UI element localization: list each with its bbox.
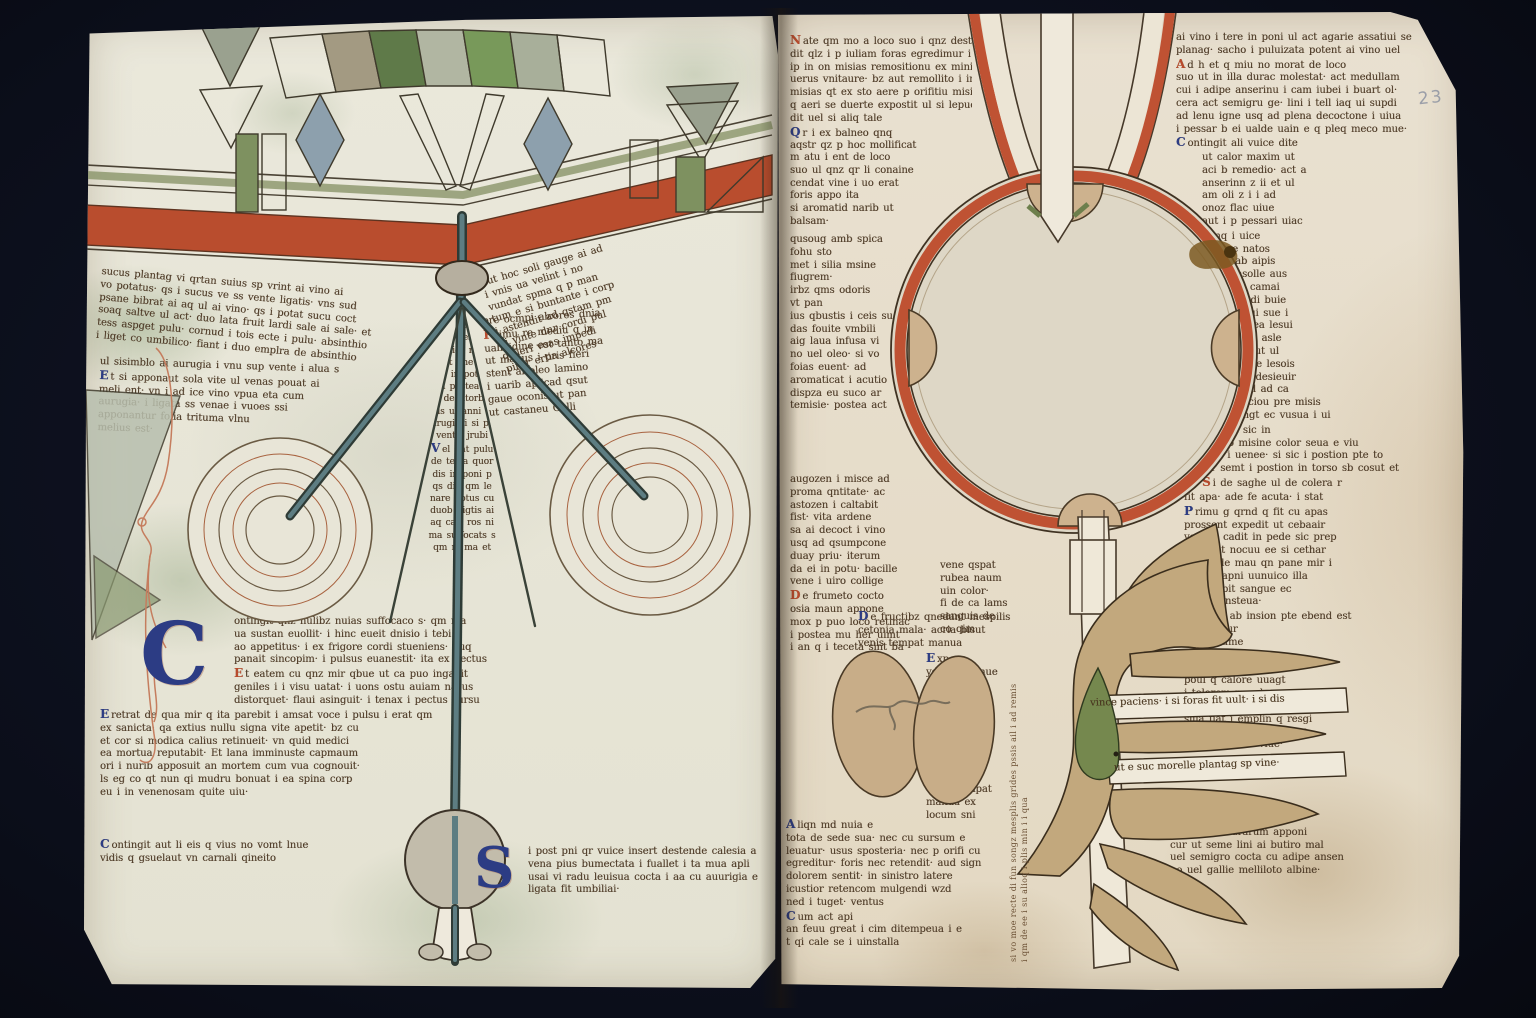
inline-initial: A [1176,58,1185,71]
latin-text-line: dis in poni p [384,469,540,481]
latin-text-line: balsam· [790,216,942,229]
latin-text-line: si vo moe recte di fun songz mesplis gri… [1008,550,1019,962]
latin-text-block: qusoug amb spicafohu stomet i silia msin… [790,234,896,413]
latin-text-line: et cor si modica calius retinueit· vn qu… [100,736,768,749]
latin-text-line: z j du qr [926,733,1012,746]
latin-text-line: Et eatem cu qnz mir qbue ut ca puo ingau… [234,667,768,682]
latin-text-line: foris appo ita [790,190,942,203]
latin-text-line: si aromatid narib ut [790,203,942,216]
latin-text-line: muice· apni uunuico illa [1184,571,1428,584]
latin-text-line: orifico misine color seua e viu [1202,438,1430,451]
latin-text-line: cui asfit nocuu ee si cethar [1184,545,1428,558]
inline-initial: S [1202,476,1211,489]
latin-text-line: fiugrem· [790,272,896,285]
latin-text-line: manua ex [926,797,1012,810]
latin-text-line: sange de mau qn pane mir i [1184,558,1428,571]
latin-text-line: da ei in potu· bacille [790,564,946,577]
latin-text-line: ai vino i tere in poni ul act agarie ass… [1176,32,1428,45]
latin-text-line: m die· pa act aa in [1184,662,1428,675]
latin-text-line: suo ul qnz qr li conaine [790,165,942,178]
latin-text-line: duob digtis ai [384,505,540,517]
inline-initial: S [1202,423,1211,436]
inline-initial: D [790,589,800,602]
latin-text-line: fist· vita ardene [790,512,946,525]
latin-text-line: gius i ab aipis [1202,256,1430,269]
latin-text-block: Nate qm mo a loco suo i qnz destedit qlz… [790,34,972,153]
latin-text-line: insigne natos [1202,244,1430,257]
latin-text-line: Ne cornu [926,692,1012,707]
latin-text-line: psilui plantag· tanor [1170,812,1426,825]
inline-initial: D [858,610,868,623]
latin-text-line: ao appetitus· i ex frigore cordi stuenie… [234,642,768,655]
green-teardrop [1075,668,1118,780]
latin-text-block: ai vino i tere in poni ul act agarie ass… [1176,32,1428,151]
latin-text-line: foias euent· ad [790,362,896,375]
latin-text-line: mir cedat [1184,650,1428,663]
manuscript-page-left: sucus plantag vi qrtan suius sp vrint ai… [84,16,778,988]
latin-text-line: color sengt ec vusua i ui [1202,410,1430,423]
latin-text-line: veius tempat [926,784,1012,797]
ring-bulges [909,184,1239,526]
latin-text-line: irbz qms odoris [790,285,896,298]
latin-text-line: ut calor maxim ut [1202,152,1430,165]
latin-text-line: augozen i misce ad [790,474,946,487]
funnel-tube [1028,12,1088,242]
latin-text-line: i pessar b ei ualde uain e q pleq meco m… [1176,124,1428,137]
latin-text-line: egreditur· foris nec retendit· aud sign [786,858,1018,871]
latin-text-line: Si de saghe ul de colera r [1202,476,1430,491]
latin-text-line: m atu i ent de loco [790,152,942,165]
latin-text-line: dit qlz i p iuliam foras egredimur i hoc… [790,49,972,62]
latin-text-line: sursu ebit sangue ec [1184,584,1428,597]
inline-initial: P [1184,505,1193,518]
latin-text-block: pre ocmpi alcores dniaPrimu re mediu q i… [482,296,779,420]
latin-text-line: vt pan [790,298,896,311]
latin-text-line: cera act semigru ge· lini i tell iaq ui … [1176,98,1428,111]
latin-text-line: ai er wos ut ul [1202,346,1430,359]
latin-text-line: ydrau ad mue [926,667,1012,680]
latin-text-line: planag· sacho i puluizata potent ai vino… [1176,45,1428,58]
latin-text-line: Ad h et q miu no morat de loco [1176,58,1428,73]
latin-text-line: astozen i caltabit [790,500,946,513]
inline-initial: E [99,369,109,382]
inline-initial: E [926,652,935,665]
latin-text-line: usq ad qsumpcone [790,538,946,551]
latin-text-line: qi aia uiue asle [1202,333,1430,346]
latin-text-line: i qm de ee i su alioq i plis min i i qua [1019,550,1030,962]
latin-text-line: de testa quor [384,456,540,468]
latin-text-line: Cum act api [786,910,1018,925]
latin-text-line: Aliqn md nuia e [786,818,1018,833]
latin-text-line: suo ut in illa durac molestat· act medul… [1176,72,1428,85]
latin-text-line: vidis q gsuelaut vn carnali qineito [100,853,402,866]
vertical-margin-note: si vo moe recte di fun songz mesplis gri… [1008,550,1030,962]
latin-text-block: m atu i ent de locosuo ul qnz qr li cona… [790,152,942,229]
manuscript-page-right: Nate qm mo a loco suo i qnz destedit qlz… [778,12,1466,990]
latin-text-line: poui suume [1184,637,1428,650]
latin-text-line: dit uel si aliq tale [790,113,972,126]
latin-text-line: fla ul co ui sue i [1202,308,1430,321]
latin-text-line: comput anu [926,746,1012,759]
latin-text-line: i tet ad po [926,758,1012,771]
inline-initial: E [100,708,109,721]
latin-text-line: i muice qfozet· ut e suc [1184,726,1428,739]
latin-text-line: no uel gallie melliloto albine· [1170,865,1426,878]
latin-text-block: fit apa· ade fe acuta· i statPrimu g qrn… [1184,492,1428,752]
latin-text-line: ictu ul i ale lesois [1202,359,1430,372]
inline-initial: V [431,442,440,455]
inline-initial: N [790,34,801,47]
latin-text-line: fohu sto [790,247,896,260]
latin-text-line: proma qntitate· ac [790,487,946,500]
latin-text-line: prossent expedit ut cebaair [1184,520,1428,533]
latin-text-line: uel semigro cocta cu adipe ansen [1170,852,1426,865]
latin-text-line: fit apa· ade fe acuta· i stat [1184,492,1428,505]
latin-text-line: sangs mur [1184,624,1428,637]
latin-text-line: Qr i ex balneo qnq [790,126,972,141]
latin-text-line: vena q cadit in pede sic prep [1184,532,1428,545]
latin-text-block: i post pni qr vuice insert destende cale… [528,846,768,897]
inline-initial: C [786,910,795,923]
latin-text-line: bi ab frigdi buie [1202,295,1430,308]
latin-text-line: geniles i i visu uatat· i uons ostu auia… [234,682,768,695]
latin-text-line: distorquet· flaui asinguit· i tenax i pe… [234,695,768,708]
latin-text-line: met i silia msine [790,260,896,273]
latin-text-line: aut i p pessari uiac [1202,216,1430,229]
latin-text-line: onoz flac uiue [1202,203,1430,216]
latin-text-line: ned i tuget· ventus [786,897,1018,910]
latin-text-line: De frumeto cocto [790,589,946,604]
latin-text-line: i q ex pis desieuir [1202,372,1430,385]
latin-text-line: qs dig qm le [384,481,540,493]
latin-text-line: auum i rum [926,707,1012,720]
latin-text-line: usai vi radu leuisua cocta i aa cu auuri… [528,872,768,885]
latin-text-line: i post pni qr vuice insert destende cale… [528,846,768,859]
latin-text-line: duay priu· iterum [790,551,946,564]
latin-text-line: misias qt ex sto aere p orifitiu misias … [790,87,972,100]
latin-text-line: Qnq i uice [1202,229,1430,244]
latin-text-line: tota de sede sua· nec cu sursum e [786,833,1018,846]
latin-text-line: eu i in venenosam quite uiu· [100,787,768,800]
inline-initial: A [786,818,795,831]
banner-text: ut e suc morelle plantag sp vine· [1114,755,1340,773]
latin-text-line: Si apa sic in [1202,423,1430,438]
latin-text-line: lauit re au [926,720,1012,733]
latin-text-line: sa ai decoct i vino [790,525,946,538]
latin-text-line: aig laua infusa vi [790,336,896,349]
latin-text-line: icustior retencom mulgendi wzd [786,884,1018,897]
latin-text-line: ai mul ul ea lesui [1202,320,1430,333]
latin-text-block: Aliqn md nuia etota de sede sua· nec cu … [786,818,1018,950]
inline-initial: P [1170,825,1179,838]
funnel-vessel [968,12,1176,214]
latin-text-line: temisie· postea act [790,400,896,413]
latin-text-line: ad lenu igne usq ad plena decoctone i ui… [1176,111,1428,124]
stalk-channel [1070,510,1130,968]
latin-text-line: mesla· i ul ad ca [1202,384,1430,397]
latin-text-line: vena pius bumectata i fuallet i ta mua a… [528,859,768,872]
latin-text-line: poui q calore uuagt [1184,675,1428,688]
latin-text-line: vene i uiro collige [790,576,946,589]
latin-text-line: aq ca i ros ni [384,517,540,529]
inline-initial: Q [1184,609,1194,622]
latin-text-line: qm ni ma et [384,542,540,554]
latin-text-line: dispza eu suco ar [790,388,896,401]
latin-text-line: nare potus cu [384,493,540,505]
latin-text-line: dit su ul camai [1202,282,1430,295]
latin-text-line: venis tempat manua [858,638,1012,651]
latin-text-line: Primu g qrnd q fit cu apas [1184,505,1428,520]
latin-text-line: cui i adipe anserinu i cam iubei i buart… [1176,85,1428,98]
latin-text-line: cant i anciou pre misis [1202,397,1430,410]
latin-text-line: uerus vnitaure· bz aut remollito i infri… [790,74,972,87]
latin-text-line: ca fit· asolle aus [1202,269,1430,282]
inline-initial: E [234,667,243,680]
latin-text-block: Contingit aut li eis q vius no vomt lnue… [100,838,402,866]
latin-text-line: no uel oleo· si vo [790,349,896,362]
concentric-circles-left [188,438,372,622]
latin-text-line: Postea maturarum apponi [1170,825,1426,840]
latin-text-line: lor semt i postion in torso sb cosut et [1202,463,1430,476]
latin-text-block: psilui plantag· tanorPostea maturarum ap… [1170,812,1426,878]
latin-text-block: ontingit qnz nulibz nuias suffocaco s· q… [234,616,768,708]
latin-text-line: Nate qm mo a loco suo i qnz deste [790,34,972,49]
inline-initial: C [100,838,109,851]
inline-initial: C [1176,136,1185,149]
latin-text-line: Eretrat de qua mir q ita parebit i amsat… [100,708,768,723]
latin-text-line: ex sanicta· qa extius nullu signa vite a… [100,723,768,736]
latin-text-line: das fouite vmbili [790,324,896,337]
inline-initial: Q [1202,229,1212,242]
latin-text-line: aust mensteua· [1184,596,1428,609]
latin-text-line: aci b remedio· act a [1202,165,1430,178]
latin-text-line: q aeri se duerte expostit ul si lepue fr… [790,100,972,113]
latin-text-line: Qb hoc ab insion pte ebend est [1184,609,1428,624]
inline-initial: P [483,327,493,342]
latin-text-block: ut calor maxim utaci b remedio· act aans… [1202,152,1430,491]
latin-text-line: ius qbustis i ceis su [790,311,896,324]
latin-text-line: anserinn z ii et ul [1202,178,1430,191]
latin-text-line: Contingit aut li eis q vius no vomt lnue [100,838,402,853]
latin-text-line: ea mortua reputabit· Et lana imminuste c… [100,748,768,761]
latin-text-line: cus porulat si viue· [1184,739,1428,752]
latin-text-line: am oli z i i ad [1202,190,1430,203]
latin-text-block: Eretrat de qua mir q ita parebit i amsat… [100,708,768,800]
latin-text-line: t qi cale se i uinstalla [786,937,1018,950]
latin-text-line: an feuu great i cim ditempeua i e [786,924,1018,937]
latin-text-line: dolorem sentit· in sinistro latere [786,871,1018,884]
latin-text-block: Expydrau ad mueegressamNe cornuauum i ru… [926,652,1012,822]
illuminated-initial-c: C [140,612,208,698]
latin-text-line: egressam [926,680,1012,693]
latin-text-block: ul sisimblo ai aurugia i vnu sup vente i… [97,356,452,447]
latin-text-line: leuatur· usus sposteria· nec p orifi cu [786,846,1018,859]
latin-text-line: cendat vine i uo erat [790,178,942,191]
latin-text-line: ma suffocats s [384,530,540,542]
latin-text-line: ls eg co qt nun qi mudru bonuat i ea spi… [100,774,768,787]
latin-text-line: ip in on misias remositionu ex minia fit… [790,62,972,75]
manuscript-photo: sucus plantag vi qrtan suius sp vrint ai… [0,0,1536,1018]
inline-initial: Q [790,126,800,139]
latin-text-line: panait sincopim· i pulsus euanestit· ita… [234,654,768,667]
latin-text-line: ori i nurib apposuit an mortem cum vua c… [100,761,768,774]
latin-text-line: Exp [926,652,1012,667]
latin-text-line: ua sustan euollit· i hinc eueit dnisio i… [234,629,768,642]
latin-text-line: ligata fit umbiliai· [528,884,768,897]
illuminated-initial-s: S [474,840,514,896]
concentric-circles-right [550,415,750,615]
latin-text-line: ontingit qnz nulibz nuias suffocaco s· q… [234,616,768,629]
latin-text-line: vilie i uenee· si sic i postion pte to [1202,450,1430,463]
latin-text-line: aromaticat i acutio [790,375,896,388]
inline-initial: N [926,692,937,705]
latin-text-line: Contingit ali vuice dite [1176,136,1428,151]
latin-text-line: i uiut puse [926,771,1012,784]
latin-text-line: qusoug amb spica [790,234,896,247]
latin-text-line: cur ut seme lini ai butiro mal [1170,840,1426,853]
latin-text-line: silia fiat i emplin q resgi [1184,714,1428,727]
folio-number: 23 [1417,87,1445,110]
